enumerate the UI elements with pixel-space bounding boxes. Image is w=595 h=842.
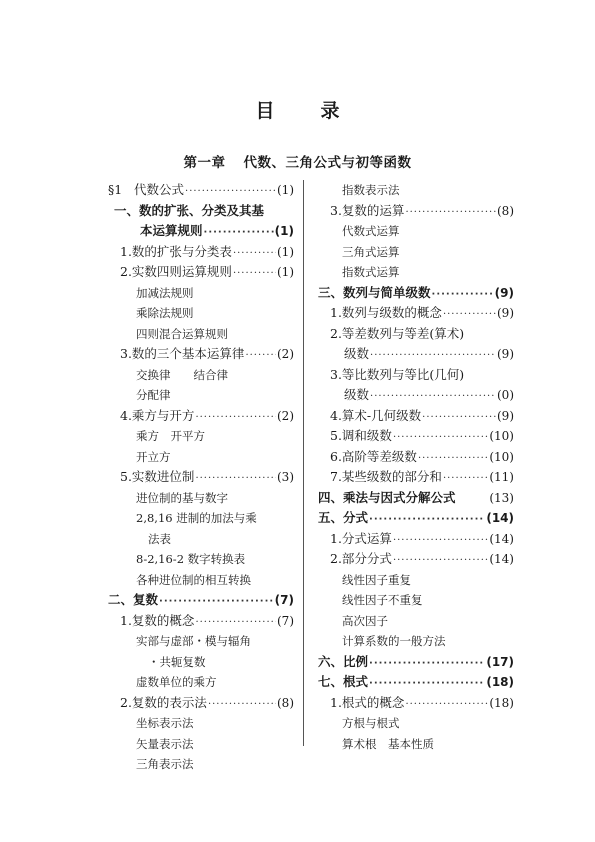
toc-entry-sub[interactable]: 分配律 (108, 385, 294, 406)
toc-entry-sub-cont[interactable]: ・共轭复数 (108, 652, 294, 673)
toc-entry-sub[interactable]: 指数式运算 (318, 262, 514, 283)
toc-entry-item[interactable]: 1.数的扩张与分类表(1) (108, 242, 294, 263)
page-number: (1) (277, 242, 294, 263)
toc-entry-sub[interactable]: 交换律 结合律 (108, 365, 294, 386)
toc-entry-item[interactable]: 2.部分分式(14) (318, 549, 514, 570)
page-number: (3) (277, 467, 294, 488)
page-number: (8) (497, 201, 514, 222)
section-mark: §1 (108, 180, 134, 201)
leader-dots (393, 551, 488, 572)
leader-dots (393, 428, 488, 449)
toc-entry-sub[interactable]: 计算系数的一般方法 (318, 631, 514, 652)
toc-entry-item[interactable]: 1.数列与级数的概念(9) (318, 303, 514, 324)
page-number: (1) (275, 221, 294, 242)
page-number: (2) (277, 344, 294, 365)
toc-entry-sub-cont[interactable]: 法表 (108, 529, 294, 550)
leader-dots (393, 531, 488, 552)
toc-right-column: 指数表示法 3.复数的运算(8) 代数式运算 三角式运算 指数式运算 三、数列与… (318, 180, 514, 754)
leader-dots (432, 285, 494, 306)
toc-entry-item[interactable]: 5.实数进位制(3) (108, 467, 294, 488)
page-number: (17) (486, 652, 514, 673)
toc-entry-sub[interactable]: 虚数单位的乘方 (108, 672, 294, 693)
toc-entry-sub[interactable]: 四则混合运算规则 (108, 324, 294, 345)
toc-entry-sub[interactable]: 实部与虚部・模与辐角 (108, 631, 294, 652)
toc-entry-sub[interactable]: 开立方 (108, 447, 294, 468)
page-title: 目录 (0, 96, 595, 123)
toc-entry-heading[interactable]: 五、分式(14) (318, 508, 514, 529)
toc-entry-sub[interactable]: 方根与根式 (318, 713, 514, 734)
leader-dots (208, 695, 276, 716)
toc-entry-item[interactable]: 4.乘方与开方(2) (108, 406, 294, 427)
toc-entry-heading[interactable]: 一、数的扩张、分类及其基 (108, 201, 294, 222)
toc-entry-item[interactable]: 5.调和级数(10) (318, 426, 514, 447)
toc-entry-heading[interactable]: 四、乘法与因式分解公式(13) (318, 488, 514, 509)
toc-entry-item[interactable]: 4.算术-几何级数(9) (318, 406, 514, 427)
page-number: (2) (277, 406, 294, 427)
toc-entry-heading[interactable]: 二、复数(7) (108, 590, 294, 611)
toc-entry-item[interactable]: 2.等差数列与等差(算术) (318, 324, 514, 345)
toc-entry-sub[interactable]: 坐标表示法 (108, 713, 294, 734)
leader-dots (405, 695, 488, 716)
chapter-number: 第一章 (184, 155, 226, 171)
toc-entry-sub[interactable]: 算术根 基本性质 (318, 734, 514, 755)
leader-dots (422, 408, 496, 429)
leader-dots (159, 592, 274, 613)
toc-entry-item[interactable]: 3.复数的运算(8) (318, 201, 514, 222)
leader-dots (370, 387, 496, 408)
leader-dots (405, 203, 496, 224)
column-divider (303, 180, 304, 746)
toc-entry-item[interactable]: 2.实数四则运算规则(1) (108, 262, 294, 283)
toc-entry-item[interactable]: 6.高阶等差级数(10) (318, 447, 514, 468)
leader-dots (195, 613, 276, 634)
toc-entry-sub[interactable]: 加减法规则 (108, 283, 294, 304)
leader-dots (195, 408, 276, 429)
leader-dots (370, 346, 496, 367)
leader-dots (195, 469, 276, 490)
toc-entry-sub[interactable]: 三角式运算 (318, 242, 514, 263)
toc-entry-sub[interactable]: 进位制的基与数字 (108, 488, 294, 509)
chapter-name: 代数、三角公式与初等函数 (244, 155, 412, 171)
toc-entry-sub[interactable]: 矢量表示法 (108, 734, 294, 755)
page-number: (9) (495, 283, 514, 304)
leader-dots (443, 305, 496, 326)
leader-dots (369, 510, 485, 531)
page-number: (11) (489, 467, 514, 488)
leader-dots (233, 264, 276, 285)
toc-entry-item[interactable]: 3.等比数列与等比(几何) (318, 365, 514, 386)
page-number: (9) (497, 344, 514, 365)
leader-dots (185, 182, 276, 203)
toc-entry-sub[interactable]: 2,8,16 进制的加法与乘 (108, 508, 294, 529)
page-number: (13) (489, 488, 514, 509)
leader-dots (233, 244, 276, 265)
toc-entry-sub[interactable]: 代数式运算 (318, 221, 514, 242)
toc-entry-item[interactable]: 1.分式运算(14) (318, 529, 514, 550)
page-number: (0) (497, 385, 514, 406)
page-number: (18) (489, 693, 514, 714)
toc-entry-sub[interactable]: 各种进位制的相互转换 (108, 570, 294, 591)
page-number: (7) (275, 590, 294, 611)
leader-dots (204, 223, 274, 244)
toc-entry-heading[interactable]: 三、数列与简单级数(9) (318, 283, 514, 304)
toc-entry-sub[interactable]: 线性因子不重复 (318, 590, 514, 611)
toc-entry-item-cont[interactable]: 级数(9) (318, 344, 514, 365)
page-number: (10) (489, 426, 514, 447)
leader-dots (369, 674, 485, 695)
toc-entry-item[interactable]: 7.某些级数的部分和(11) (318, 467, 514, 488)
page-number: (10) (489, 447, 514, 468)
leader-dots (443, 469, 488, 490)
toc-entry-item[interactable]: 2.复数的表示法(8) (108, 693, 294, 714)
toc-entry-sub[interactable]: 乘除法规则 (108, 303, 294, 324)
page-number: (18) (486, 672, 514, 693)
toc-entry-heading[interactable]: 本运算规则(1) (108, 221, 294, 242)
leader-dots (369, 654, 485, 675)
page-number: (9) (497, 303, 514, 324)
page-number: (14) (489, 529, 514, 550)
toc-entry-sub[interactable]: 指数表示法 (318, 180, 514, 201)
toc-entry-section[interactable]: §1代数公式(1) (108, 180, 294, 201)
toc-entry-heading[interactable]: 六、比例(17) (318, 652, 514, 673)
toc-entry-heading[interactable]: 七、根式(18) (318, 672, 514, 693)
toc-entry-item-cont[interactable]: 级数(0) (318, 385, 514, 406)
page-number: (8) (277, 693, 294, 714)
page-number: (1) (277, 180, 294, 201)
chapter-heading: 第一章代数、三角公式与初等函数 (0, 151, 595, 171)
page-number: (14) (489, 549, 514, 570)
toc-entry-item[interactable]: 1.复数的概念(7) (108, 611, 294, 632)
toc-entry-item[interactable]: 3.数的三个基本运算律(2) (108, 344, 294, 365)
page-number: (1) (277, 262, 294, 283)
toc-left-column: §1代数公式(1) 一、数的扩张、分类及其基 本运算规则(1) 1.数的扩张与分… (108, 180, 294, 775)
page-number: (7) (277, 611, 294, 632)
toc-entry-sub[interactable]: 乘方 开平方 (108, 426, 294, 447)
toc-entry-sub[interactable]: 8-2,16-2 数字转换表 (108, 549, 294, 570)
leader-dots (245, 346, 276, 367)
leader-dots (418, 449, 488, 470)
toc-entry-item[interactable]: 1.根式的概念(18) (318, 693, 514, 714)
toc-entry-sub[interactable]: 高次因子 (318, 611, 514, 632)
toc-entry-sub[interactable]: 线性因子重复 (318, 570, 514, 591)
toc-entry-sub[interactable]: 三角表示法 (108, 754, 294, 775)
page-number: (9) (497, 406, 514, 427)
page-number: (14) (486, 508, 514, 529)
